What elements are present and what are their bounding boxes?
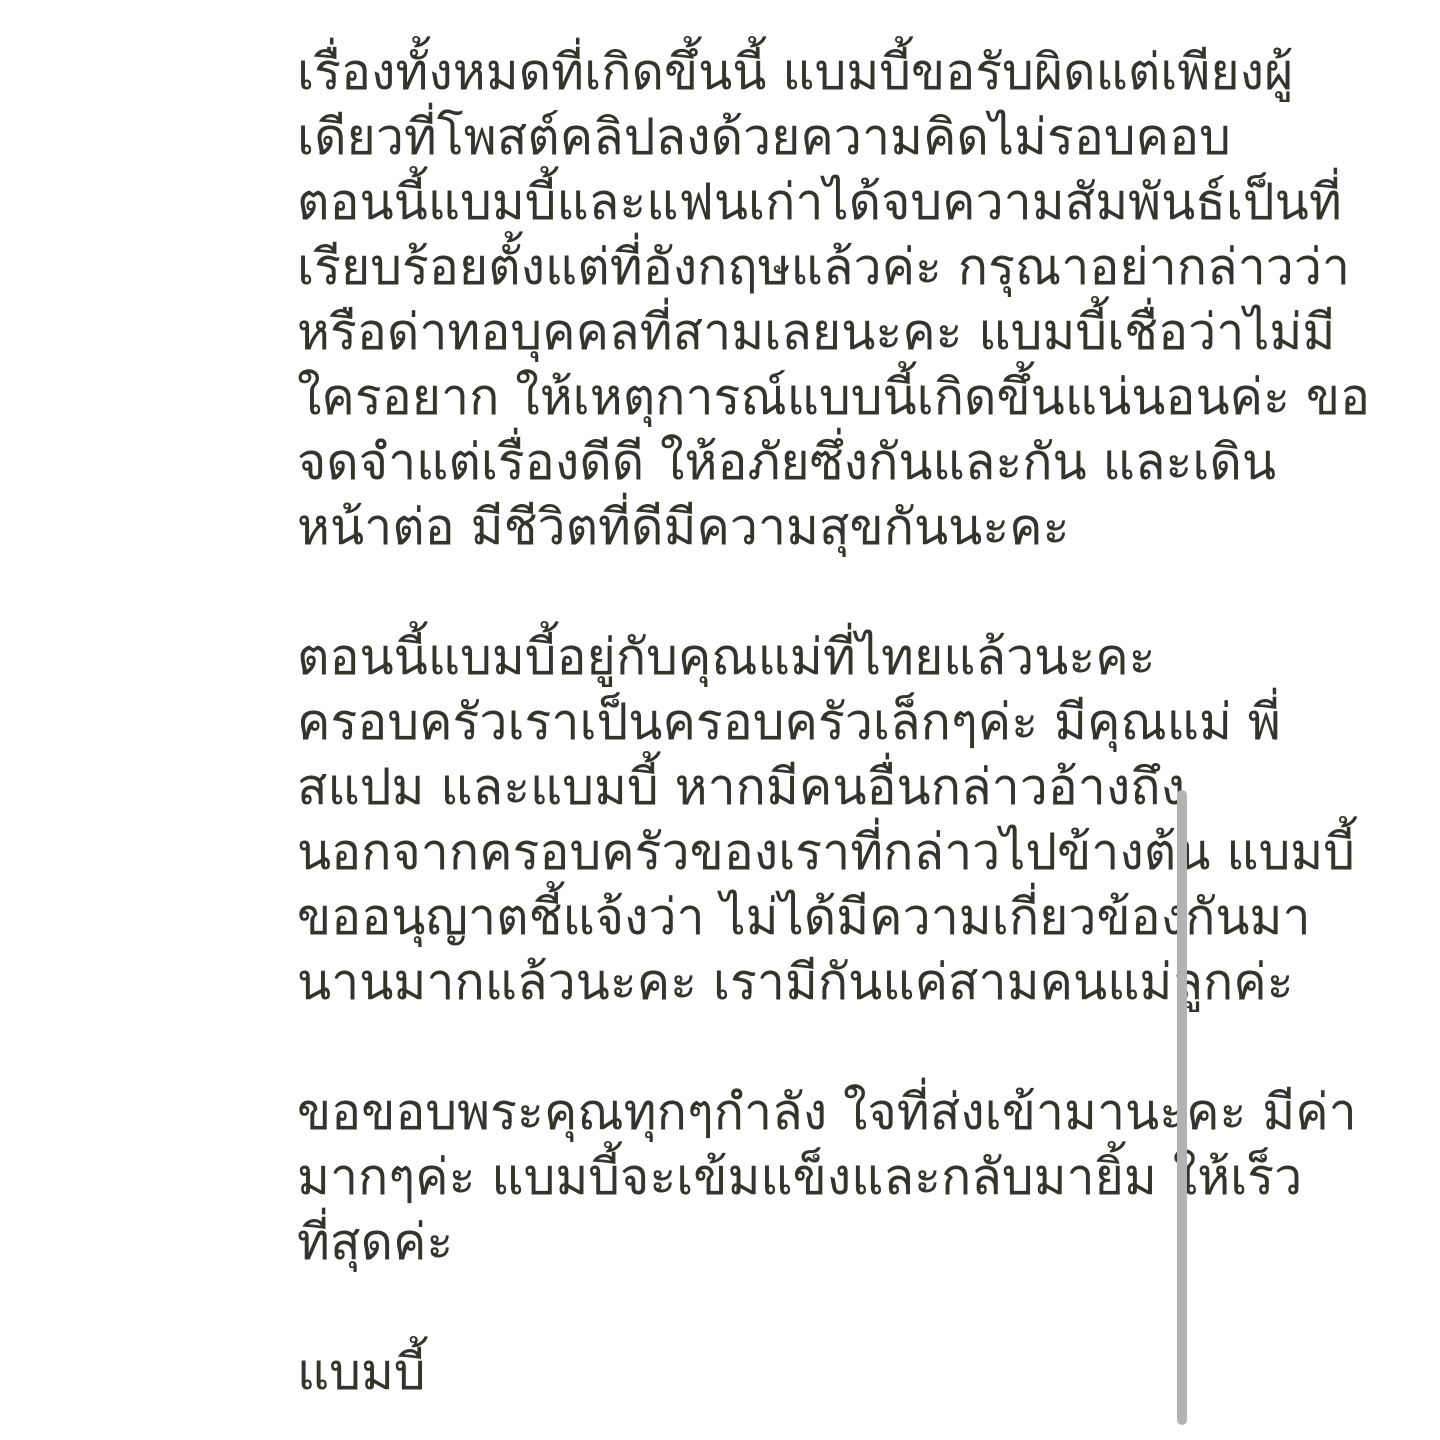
statement-text: เรื่องทั้งหมดที่เกิดขึ้นนี้ แบมบี้ขอรับผ… [297, 40, 1177, 1405]
signature-name: แบมบี้ [297, 1340, 1177, 1405]
paragraph-family: ตอนนี้แบมบี้อยู่กับคุณแม่ที่ไทยแล้วนะคะ … [297, 625, 1177, 1015]
text-line: หรือด่าทอบุคคลที่สามเลยนะคะ แบมบี้เชื่อว… [297, 300, 1177, 365]
text-line: เรียบร้อยตั้งแต่ที่อังกฤษแล้วค่ะ กรุณาอย… [297, 235, 1177, 300]
screenshot-root: { "theme": { "background_color": "#fffff… [0, 0, 1440, 1440]
text-line: สแปม และแบมบี้ หากมีคนอื่นกล่าวอ้างถึง [297, 755, 1177, 820]
text-line: ใครอยาก ให้เหตุการณ์แบบนี้เกิดขึ้นแน่นอน… [297, 365, 1177, 430]
text-line: หน้าต่อ มีชีวิตที่ดีมีความสุขกันนะคะ [297, 495, 1177, 560]
scrollbar-thumb[interactable] [1177, 790, 1187, 1425]
text-line: ขออนุญาตชี้แจ้งว่า ไม่ได้มีความเกี่ยวข้อ… [297, 885, 1177, 950]
text-line: เรื่องทั้งหมดที่เกิดขึ้นนี้ แบมบี้ขอรับผ… [297, 40, 1177, 105]
text-line: นอกจากครอบครัวของเราที่กล่าวไปข้างต้น แบ… [297, 820, 1177, 885]
paragraph-apology: เรื่องทั้งหมดที่เกิดขึ้นนี้ แบมบี้ขอรับผ… [297, 40, 1177, 560]
text-line: ตอนนี้แบมบี้อยู่กับคุณแม่ที่ไทยแล้วนะคะ [297, 625, 1177, 690]
paragraph-thanks: ขอขอบพระคุณทุกๆกำลัง ใจที่ส่งเข้ามานะคะ … [297, 1080, 1177, 1275]
text-line: จดจำแต่เรื่องดีดี ให้อภัยซึ่งกันและกัน แ… [297, 430, 1177, 495]
text-line: เดียวที่โพสต์คลิปลงด้วยความคิดไม่รอบคอบ [297, 105, 1177, 170]
signature: แบมบี้ [297, 1340, 1177, 1405]
text-line: นานมากแล้วนะคะ เรามีกันแค่สามคนแม่ลูกค่ะ [297, 950, 1177, 1015]
text-line: ตอนนี้แบมบี้และแฟนเก่าได้จบความสัมพันธ์เ… [297, 170, 1177, 235]
text-line: ขอขอบพระคุณทุกๆกำลัง ใจที่ส่งเข้ามานะคะ … [297, 1080, 1177, 1145]
text-line: มากๆค่ะ แบมบี้จะเข้มแข็งและกลับมายิ้ม ให… [297, 1145, 1177, 1210]
text-line: ครอบครัวเราเป็นครอบครัวเล็กๆค่ะ มีคุณแม่… [297, 690, 1177, 755]
text-line: ที่สุดค่ะ [297, 1210, 1177, 1275]
